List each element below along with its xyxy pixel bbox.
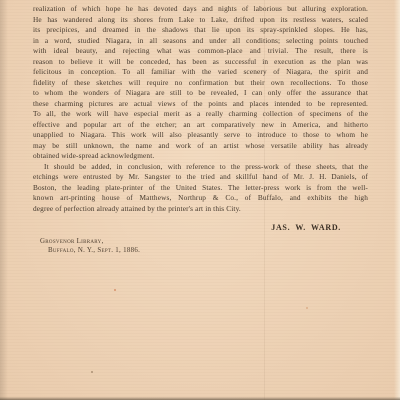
text-line: with ideal beauty, and rejecting what wa… — [33, 46, 368, 57]
text-line: fidelity of these sketches will require … — [33, 78, 368, 89]
text-line: effective and popular art of the etcher;… — [33, 120, 368, 131]
text-line: in a word, studied Niagara, in all seaso… — [33, 36, 368, 47]
book-page: realization of which hope he has devoted… — [0, 0, 400, 400]
author-signature: JAS. W. WARD. — [33, 223, 368, 232]
text-line: unapplied to Niagara. This work will als… — [33, 130, 368, 141]
paragraph-conclusion: It should be added, in conclusion, with … — [33, 162, 368, 215]
text-line: known art-printing house of Matthews, No… — [33, 193, 368, 204]
imprint-dateline: Buffalo, N. Y., Sept. 1, 1886. — [48, 247, 368, 256]
paragraph-continuation: realization of which hope he has devoted… — [33, 4, 368, 162]
page-left-edge-shadow — [0, 0, 8, 400]
text-line: To all, the work will have especial meri… — [33, 109, 368, 120]
text-line: these charming pictures are actual views… — [33, 99, 368, 110]
preface-text-block: realization of which hope he has devoted… — [33, 4, 368, 255]
text-line: felicitous in conception. To all familia… — [33, 67, 368, 78]
text-line: reason to believe it will be conceded, h… — [33, 57, 368, 68]
text-line: realization of which hope he has devoted… — [33, 4, 368, 15]
paper-speck — [91, 371, 93, 373]
text-line: may be still unknown, the name and work … — [33, 141, 368, 152]
text-line: to whom the wonders of Niagara are still… — [33, 88, 368, 99]
page-right-edge-highlight — [394, 0, 400, 400]
text-line: He has wandered along its shores from La… — [33, 15, 368, 26]
text-line: Boston, the leading plate-printer of the… — [33, 183, 368, 194]
text-line: obtained wide-spread acknowledgment. — [33, 151, 368, 162]
text-line: degree of perfection already attained by… — [33, 204, 368, 215]
text-line: It should be added, in conclusion, with … — [33, 162, 368, 173]
imprint-block: Grosvenor Library, Buffalo, N. Y., Sept.… — [40, 238, 368, 255]
paper-speck — [306, 307, 308, 309]
text-line: etchings were entrusted by Mr. Sangster … — [33, 172, 368, 183]
imprint-library-name: Grosvenor Library, — [40, 238, 368, 247]
text-line: its precipices, and dreamed in the shado… — [33, 25, 368, 36]
paper-speck — [114, 289, 116, 291]
